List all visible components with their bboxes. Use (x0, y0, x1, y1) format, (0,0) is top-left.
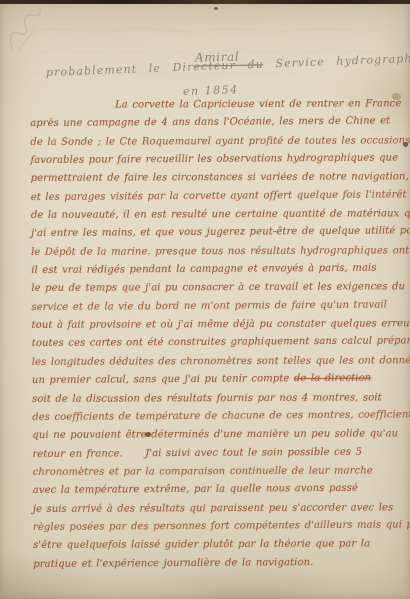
line-text: il est vrai rédigés pendant la campagne … (31, 263, 376, 276)
manuscript-line: toutes ces cartes ont été construites gr… (32, 333, 410, 354)
line-text: je suis arrivé à des résultats qui parai… (33, 502, 393, 515)
manuscript-line: chronomètres et par la comparaison conti… (33, 462, 410, 482)
manuscript-line: La corvette la Capricieuse vient de rent… (30, 95, 408, 115)
manuscript-line: s'être quelquefois laissé guider plutôt … (33, 535, 410, 555)
manuscript-line: permettraient de faire les circonstances… (31, 169, 409, 189)
line-text: permettraient de faire les circonstances… (31, 172, 409, 185)
manuscript-line: le Dépôt de la marine. presque tous nos … (31, 242, 409, 262)
manuscript-line: des coefficients de température de chacu… (32, 406, 410, 427)
manuscript-line: retour en france. J'ai suivi avec tout l… (32, 443, 410, 464)
line-text: qui ne pouvaient être déterminés d'une m… (32, 428, 398, 441)
manuscript-line: après une campagne de 4 ans dans l'Océan… (30, 113, 408, 134)
line-text: le Dépôt de la marine. presque tous nos … (31, 245, 410, 258)
manuscript-line: j'ai entre les mains, et que vous jugere… (31, 223, 409, 244)
line-text: avec la température extrême, par la quel… (33, 483, 358, 496)
line-text: un premier calcul, sans que j'ai pu teni… (32, 373, 294, 386)
line-text: toutes ces cartes ont été construites gr… (32, 336, 410, 350)
line-text: retour en france. J'ai suivi avec tout l… (32, 446, 362, 459)
line-text: pratique et l'expérience journalière de … (33, 557, 313, 570)
line-text: de la nouveauté, il en est resulté une c… (31, 208, 410, 221)
manuscript-line: favorables pour faire recueillir les obs… (30, 149, 408, 170)
line-text: j'ai entre les mains, et que vous jugere… (31, 226, 410, 240)
manuscript-line: service et de la vie du bord ne m'ont pe… (31, 296, 409, 317)
line-text: après une campagne de 4 ans dans l'Océan… (30, 116, 390, 130)
manuscript-photo: Amiral probablement le Directeur du Serv… (0, 0, 410, 599)
photo-top-edge (0, 0, 410, 4)
line-text: tout à fait provisoire et où j'ai même d… (32, 318, 410, 331)
paper-speck (403, 142, 408, 147)
line-text: de la Sonde ; le Cte Roquemaurel ayant p… (30, 135, 410, 148)
manuscript-line: avec la température extrême, par la quel… (33, 480, 410, 501)
manuscript-line: règles posées par des personnes fort com… (33, 516, 410, 537)
manuscript-line: soit de la discussion des résultats four… (32, 389, 410, 409)
manuscript-line: un premier calcul, sans que j'ai pu teni… (32, 370, 410, 391)
letter-body: La corvette la Capricieuse vient de rent… (30, 94, 410, 574)
line-text: le peu de temps que j'ai pu consacrer à … (31, 282, 405, 295)
manuscript-line: de la Sonde ; le Cte Roquemaurel ayant p… (30, 132, 408, 152)
line-text: service et de la vie du bord ne m'ont pe… (31, 299, 387, 312)
struck-text: de la direction (294, 373, 371, 385)
manuscript-line: de la nouveauté, il en est resulté une c… (31, 205, 409, 225)
manuscript-line: tout à fait provisoire et où j'ai même d… (32, 315, 410, 335)
manuscript-line: et les parages visités par la corvette a… (31, 186, 409, 207)
manuscript-line: les longitudes déduites des chronomètres… (32, 352, 410, 372)
line-text: règles posées par des personnes fort com… (33, 519, 410, 533)
manuscript-line: je suis arrivé à des résultats qui parai… (33, 499, 410, 519)
line-text: chronomètres et par la comparaison conti… (33, 465, 373, 477)
line-text: soit de la discussion des résultats four… (32, 392, 382, 405)
line-text: des coefficients de température de chacu… (32, 409, 410, 423)
manuscript-line: il est vrai rédigés pendant la campagne … (31, 259, 409, 280)
paper-stain (392, 93, 401, 100)
line-text: et les parages visités par la corvette a… (31, 189, 407, 203)
manuscript-line: le peu de temps que j'ai pu consacrer à … (31, 279, 409, 299)
line-text: favorables pour faire recueillir les obs… (30, 152, 398, 166)
line-text: les longitudes déduites des chronomètres… (32, 355, 410, 368)
paper-speck (214, 7, 218, 10)
manuscript-line: qui ne pouvaient être déterminés d'une m… (32, 425, 410, 445)
manuscript-line: pratique et l'expérience journalière de … (33, 553, 410, 574)
line-text: La corvette la Capricieuse vient de rent… (115, 98, 401, 110)
line-text: s'être quelquefois laissé guider plutôt … (33, 539, 370, 551)
